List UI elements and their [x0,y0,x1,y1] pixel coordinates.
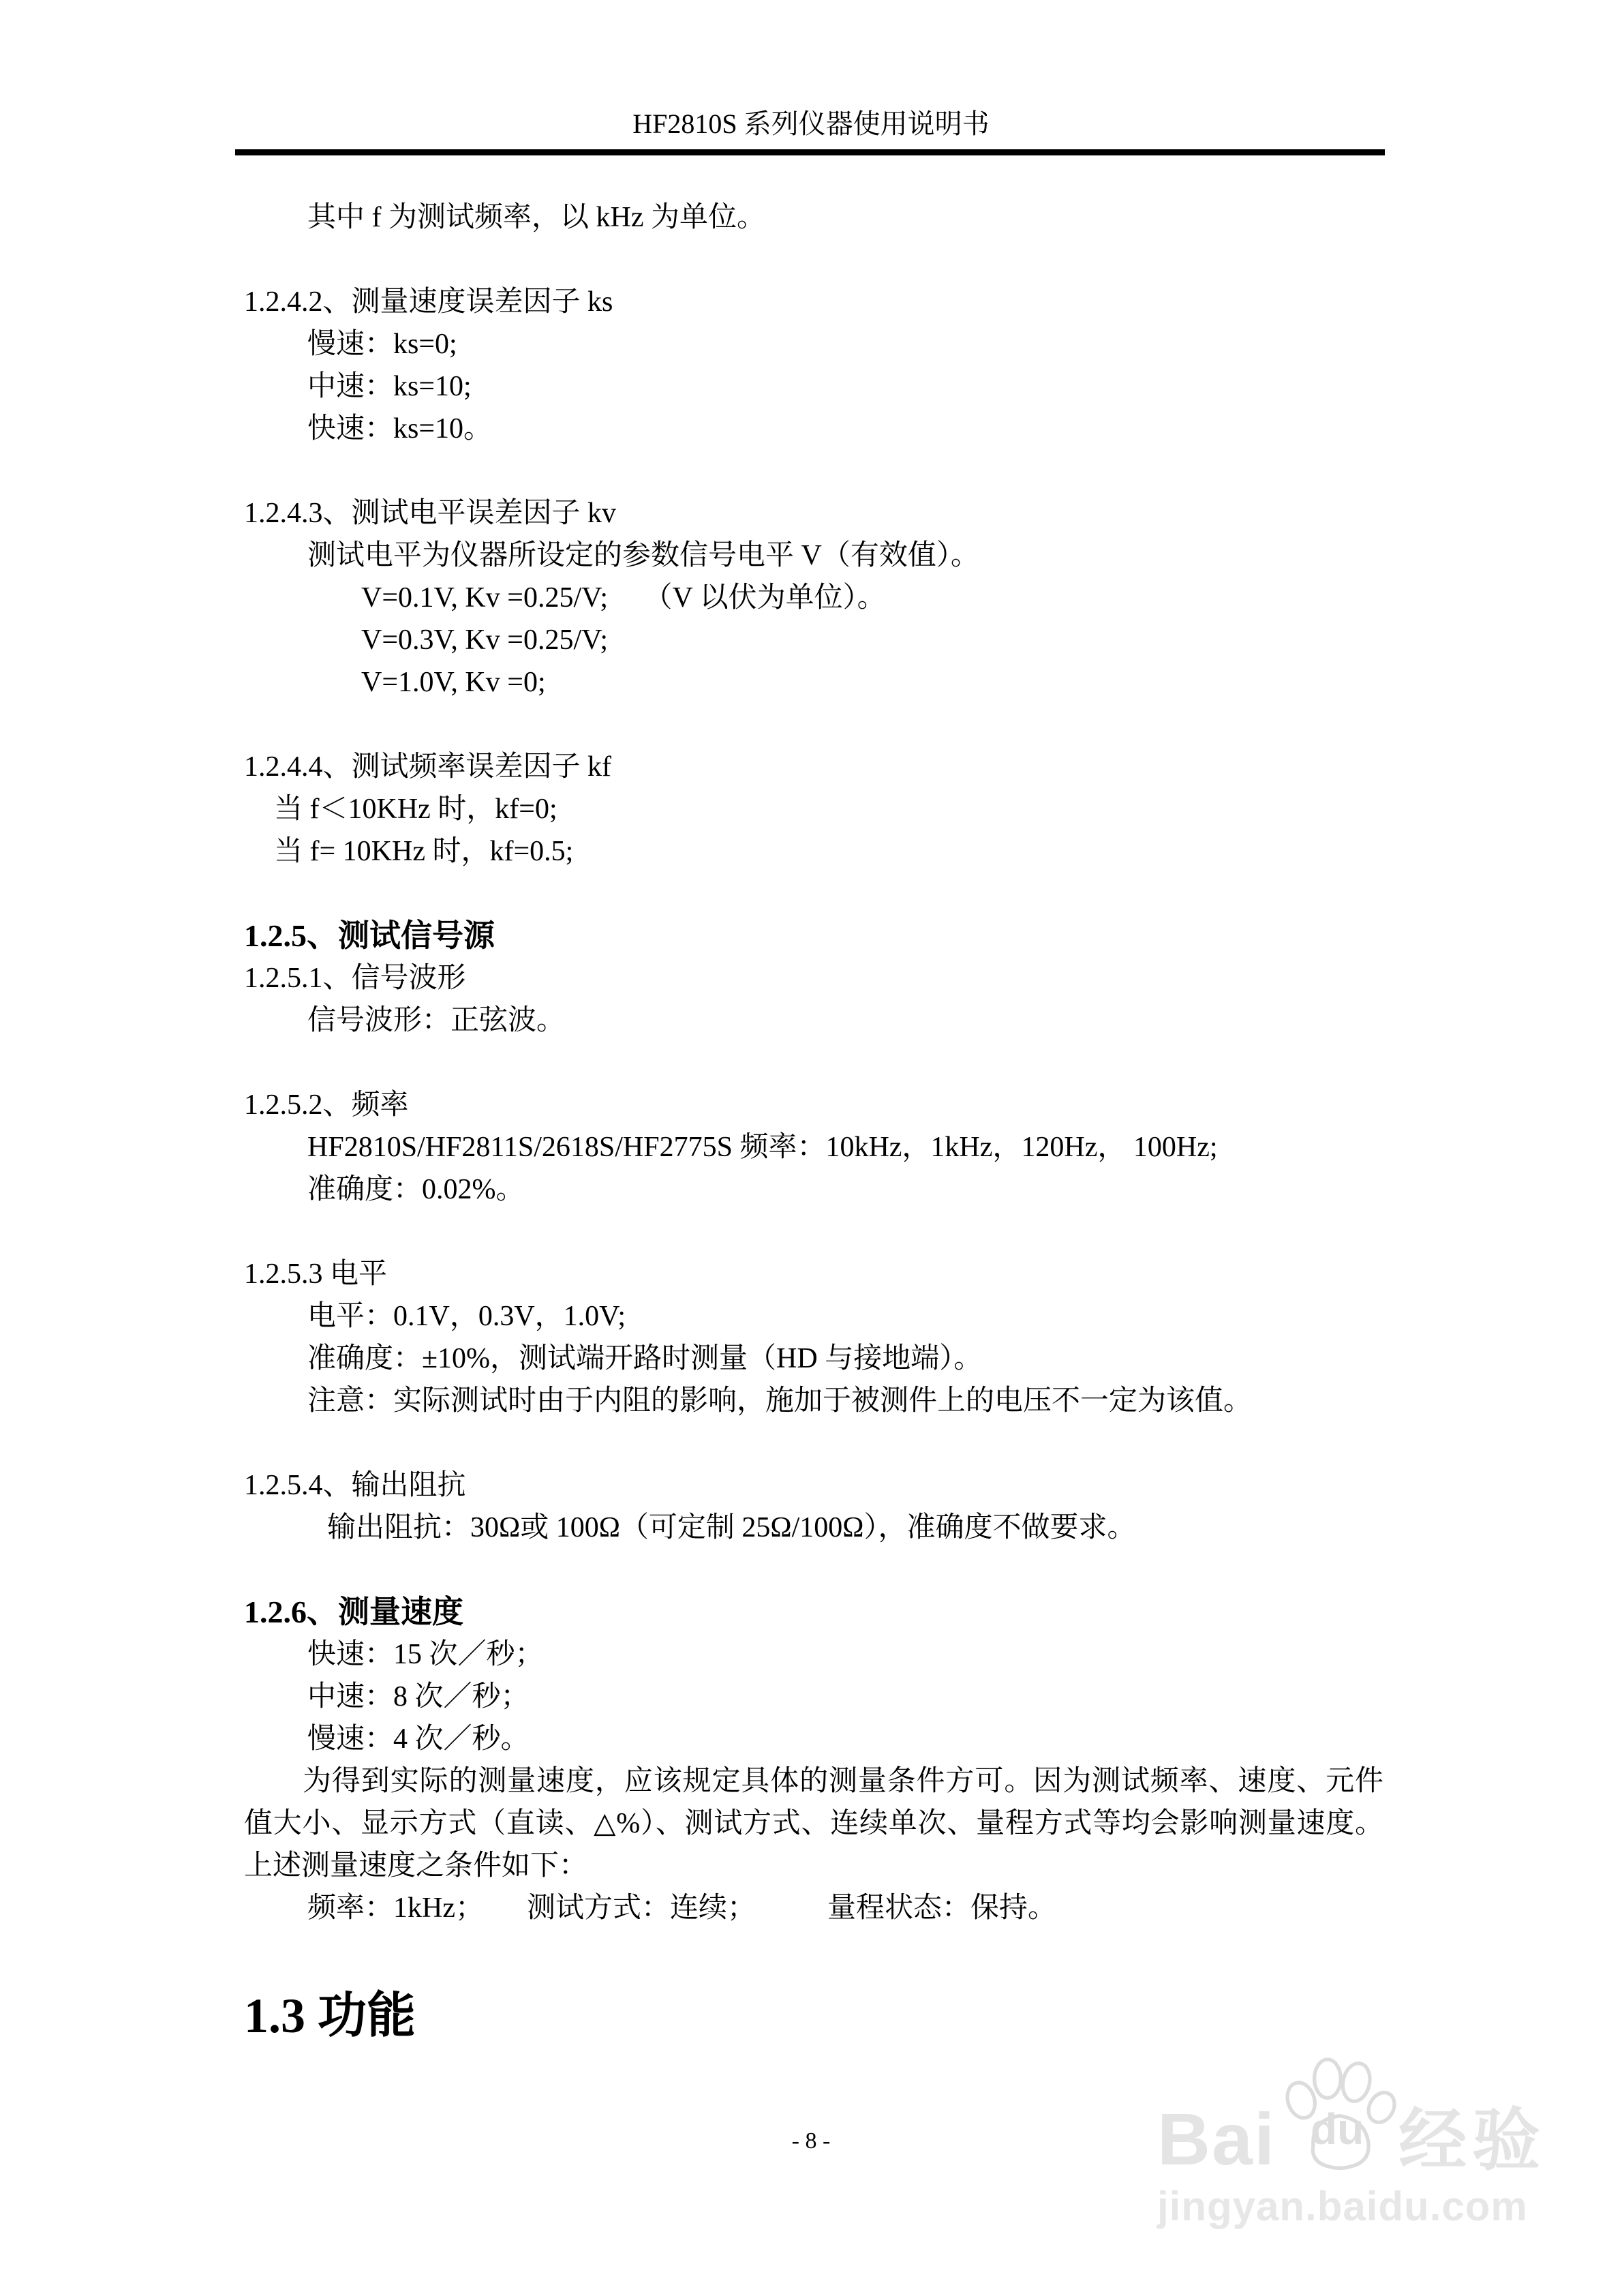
section-heading-1-2-6: 1.2.6、测量速度 [244,1591,1383,1633]
section-heading-1-2-4-2: 1.2.4.2、测量速度误差因子 ks [244,281,1383,323]
paragraph: 为得到实际的测量速度，应该规定具体的测量条件方可。因为测试频率、速度、元件值大小… [244,1760,1383,1887]
text-line: 频率：1kHz； 测试方式：连续； 量程状态：保持。 [244,1887,1383,1929]
text-line: 注意：实际测试时由于内阻的影响，施加于被测件上的电压不一定为该值。 [244,1380,1383,1422]
text-line: 快速：ks=10。 [244,408,1383,450]
text-line: 输出阻抗：30Ω或 100Ω（可定制 25Ω/100Ω），准确度不做要求。 [244,1507,1383,1549]
text-line: HF2810S/HF2811S/2618S/HF2775S 频率：10kHz，1… [244,1126,1383,1168]
text-line: 准确度：±10%，测试端开路时测量（HD 与接地端）。 [244,1338,1383,1380]
section-heading-1-2-4-4: 1.2.4.4、测试频率误差因子 kf [244,746,1383,788]
text-line: 电平：0.1V，0.3V，1.0V; [244,1295,1383,1338]
section-heading-1-2-4-3: 1.2.4.3、测试电平误差因子 kv [244,492,1383,534]
text-line: 当 f= 10KHz 时，kf=0.5; [244,830,1383,873]
watermark-bai-text: Bai [1157,2104,1276,2175]
text-line: V=1.0V, Kv =0; [244,661,1383,704]
header-rule [235,149,1385,155]
text-line: 中速：ks=10; [244,365,1383,408]
text-line: 中速：8 次／秒； [244,1676,1383,1718]
section-heading-1-2-5-3: 1.2.5.3 电平 [244,1253,1383,1295]
watermark-logo-row: Bai du 经验 [1157,2053,1566,2175]
document-page: HF2810S 系列仪器使用说明书 其中 f 为测试频率，以 kHz 为单位。 … [0,0,1622,2296]
text-line: 信号波形：正弦波。 [244,999,1383,1042]
text-line: 快速：15 次／秒； [244,1633,1383,1676]
text-line: V=0.1V, Kv =0.25/V; （V 以伏为单位）。 [244,577,1383,619]
document-body: 其中 f 为测试频率，以 kHz 为单位。 1.2.4.2、测量速度误差因子 k… [244,196,1383,2045]
text-line: 当 f＜10KHz 时，kf=0; [244,788,1383,830]
watermark-jingyan-text: 经验 [1398,2106,1546,2175]
text-line: 准确度：0.02%。 [244,1168,1383,1211]
section-heading-1-2-5-2: 1.2.5.2、频率 [244,1084,1383,1126]
text-line: V=0.3V, Kv =0.25/V; [244,619,1383,661]
baidu-paw-icon: du [1277,2055,1397,2175]
section-title-1-3: 1.3 功能 [244,1987,1383,2045]
watermark-du-text: du [1311,2107,1364,2151]
section-heading-1-2-5-4: 1.2.5.4、输出阻抗 [244,1464,1383,1507]
page-header-title: HF2810S 系列仪器使用说明书 [0,108,1622,140]
watermark-url-text: jingyan.baidu.com [1157,2183,1566,2230]
text-line: 慢速：4 次／秒。 [244,1718,1383,1760]
text-line: 慢速：ks=0; [244,323,1383,365]
text-line: 其中 f 为测试频率，以 kHz 为单位。 [244,196,1383,239]
text-line: 测试电平为仪器所设定的参数信号电平 V（有效值）。 [244,534,1383,577]
baidu-jingyan-watermark: Bai du 经验 jingyan.baidu.com [1157,2053,1566,2230]
section-heading-1-2-5-1: 1.2.5.1、信号波形 [244,957,1383,999]
section-heading-1-2-5: 1.2.5、测试信号源 [244,915,1383,957]
